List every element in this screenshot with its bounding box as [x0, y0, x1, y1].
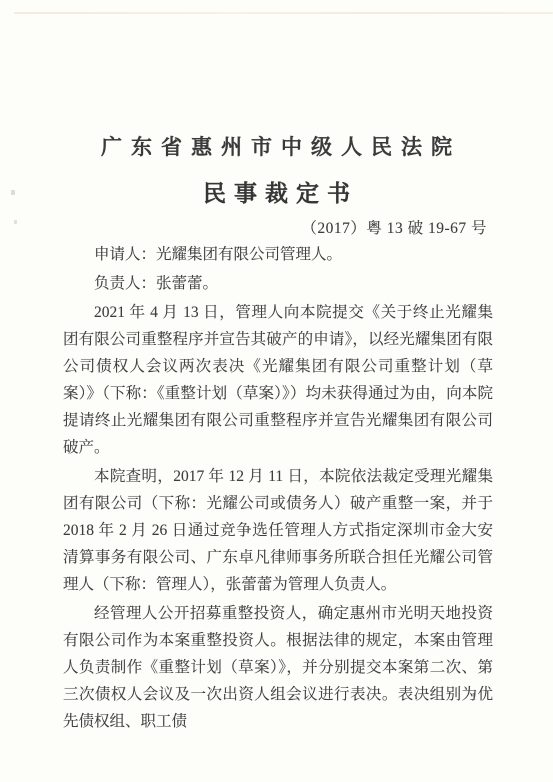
paragraph-termination-application: 2021 年 4 月 13 日，管理人向本院提交《关于终止光耀集团有限公司重整程… [63, 299, 493, 461]
scan-edge-artifact [14, 12, 553, 14]
document-body: 申请人：光耀集团有限公司管理人。 负责人：张蕾蕾。 2021 年 4 月 13 … [63, 241, 493, 737]
paragraph-investor-recruitment: 经管理人公开招募重整投资人，确定惠州市光明天地投资有限公司作为本案重整投资人。根… [63, 600, 493, 735]
document-page: 广东省惠州市中级人民法院 民事裁定书 （2017）粤 13 破 19-67 号 … [0, 0, 553, 782]
document-type-heading: 民事裁定书 [0, 175, 553, 208]
page-number: 1 [471, 691, 477, 703]
case-number: （2017）粤 13 破 19-67 号 [301, 216, 487, 238]
scan-speck [14, 220, 17, 224]
applicant-line: 申请人：光耀集团有限公司管理人。 [63, 241, 493, 268]
principal-line: 负责人：张蕾蕾。 [63, 270, 493, 297]
court-name-heading: 广东省惠州市中级人民法院 [0, 131, 553, 161]
paragraph-court-findings: 本院查明，2017 年 12 月 11 日，本院依法裁定受理光耀集团有限公司（下… [63, 463, 493, 598]
